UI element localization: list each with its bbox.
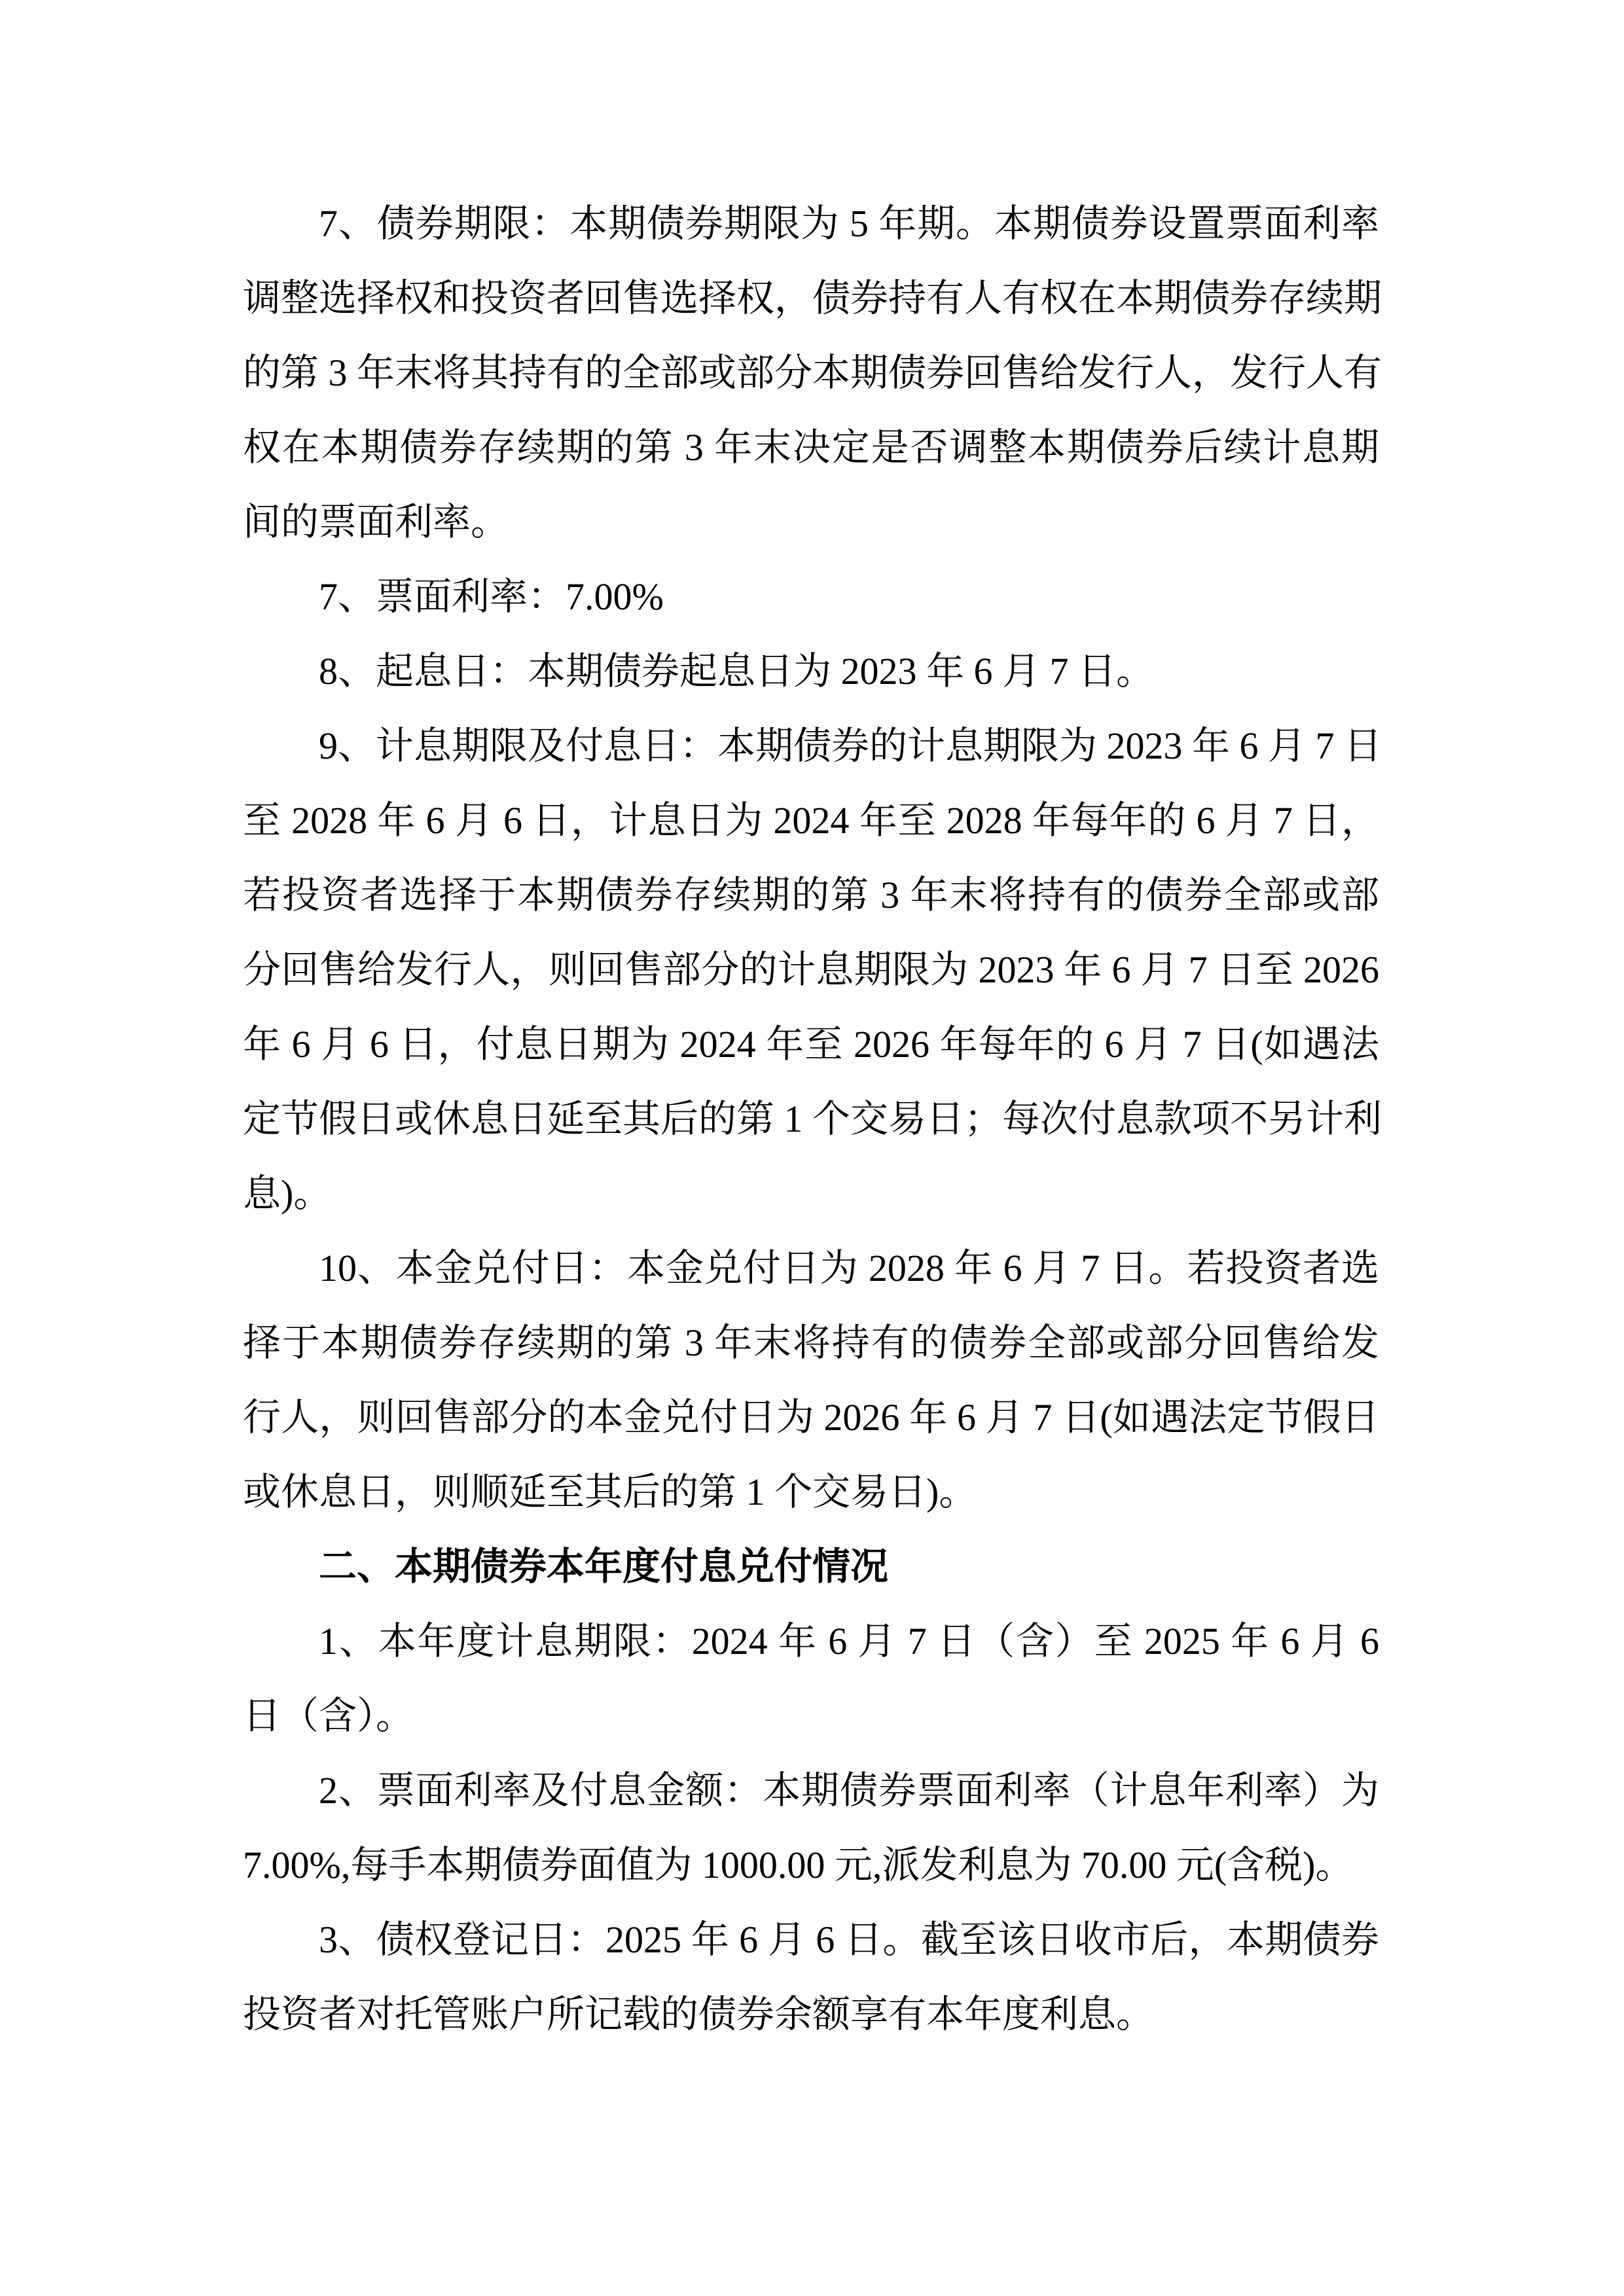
text-line: 若投资者选择于本期债券存续期的第 3 年末将持有的债券全部或部	[243, 858, 1379, 933]
text-line: 或休息日，则顺延至其后的第 1 个交易日)。	[243, 1455, 1379, 1530]
text-line: 定节假日或休息日延至其后的第 1 个交易日；每次付息款项不另计利	[243, 1082, 1379, 1157]
text-line: 调整选择权和投资者回售选择权，债券持有人有权在本期债券存续期	[243, 261, 1379, 336]
text-line: 2、票面利率及付息金额：本期债券票面利率（计息年利率）为	[243, 1753, 1379, 1828]
text-line: 9、计息期限及付息日：本期债券的计息期限为 2023 年 6 月 7 日	[243, 709, 1379, 783]
text-line: 7.00%,每手本期债券面值为 1000.00 元,派发利息为 70.00 元(…	[243, 1828, 1379, 1903]
text-line: 分回售给发行人，则回售部分的计息期限为 2023 年 6 月 7 日至 2026	[243, 933, 1379, 1007]
text-line: 7、票面利率：7.00%	[243, 560, 1379, 634]
text-line: 3、债权登记日：2025 年 6 月 6 日。截至该日收市后，本期债券	[243, 1903, 1379, 1977]
document-page: 7、债券期限：本期债券期限为 5 年期。本期债券设置票面利率 调整选择权和投资者…	[0, 0, 1624, 2296]
text-line: 息)。	[243, 1157, 1379, 1231]
text-line: 投资者对托管账户所记载的债券余额享有本年度利息。	[243, 1977, 1379, 2052]
text-line: 10、本金兑付日：本金兑付日为 2028 年 6 月 7 日。若投资者选	[243, 1231, 1379, 1306]
section-heading: 二、本期债券本年度付息兑付情况	[243, 1530, 1379, 1604]
text-line: 7、债券期限：本期债券期限为 5 年期。本期债券设置票面利率	[243, 187, 1379, 261]
text-line: 8、起息日：本期债券起息日为 2023 年 6 月 7 日。	[243, 634, 1379, 709]
text-line: 至 2028 年 6 月 6 日，计息日为 2024 年至 2028 年每年的 …	[243, 783, 1379, 858]
text-line: 年 6 月 6 日，付息日期为 2024 年至 2026 年每年的 6 月 7 …	[243, 1007, 1379, 1082]
text-line: 1、本年度计息期限：2024 年 6 月 7 日（含）至 2025 年 6 月 …	[243, 1604, 1379, 1679]
text-line: 行人，则回售部分的本金兑付日为 2026 年 6 月 7 日(如遇法定节假日	[243, 1380, 1379, 1455]
text-line: 权在本期债券存续期的第 3 年末决定是否调整本期债券后续计息期	[243, 410, 1379, 485]
text-line: 择于本期债券存续期的第 3 年末将持有的债券全部或部分回售给发	[243, 1306, 1379, 1380]
text-line: 间的票面利率。	[243, 485, 1379, 560]
text-line: 的第 3 年末将其持有的全部或部分本期债券回售给发行人，发行人有	[243, 336, 1379, 410]
text-line: 日（含）。	[243, 1679, 1379, 1753]
